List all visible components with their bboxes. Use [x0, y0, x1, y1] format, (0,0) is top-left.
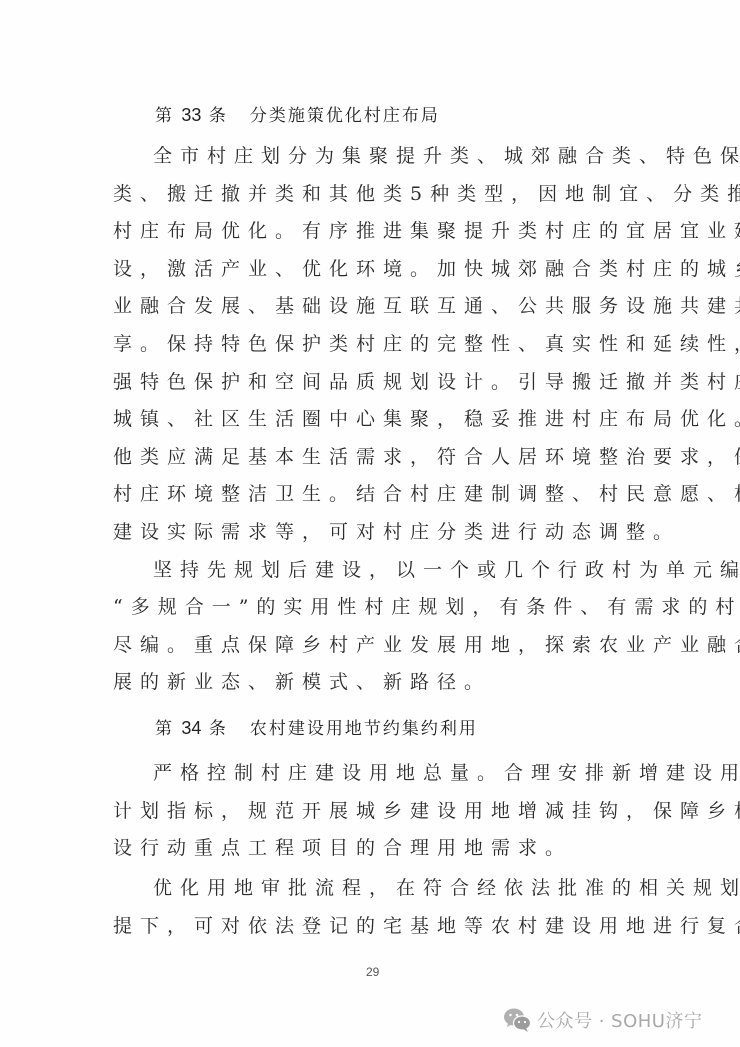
text-line: 类、搬迁撤并类和其他类5种类型，因地制宜、分类推进: [113, 176, 629, 214]
article-number: 33: [181, 105, 201, 125]
text-line: 严格控制村庄建设用地总量。合理安排新增建设用地: [113, 755, 629, 793]
watermark-text: 公众号 · SOHU济宁: [537, 1007, 702, 1033]
text-line: 优化用地审批流程，在符合经依法批准的相关规划前: [113, 870, 629, 908]
text-line: 村庄布局优化。有序推进集聚提升类村庄的宜居宜业建: [113, 213, 629, 251]
article-34-paragraph-2: 优化用地审批流程，在符合经依法批准的相关规划前 提下，可对依法登记的宅基地等农村…: [113, 870, 629, 945]
heading-suffix: 条: [209, 719, 228, 739]
text-line: “多规合一”的实用性村庄规划，有条件、有需求的村庄应编: [113, 589, 629, 627]
text-line: 强特色保护和空间品质规划设计。引导搬迁撤并类村庄向: [113, 364, 629, 402]
watermark: 公众号 · SOHU济宁: [503, 1006, 702, 1034]
article-33-paragraph-1: 全市村庄划分为集聚提升类、城郊融合类、特色保护 类、搬迁撤并类和其他类5种类型，…: [113, 138, 629, 552]
document-page: 第 33 条分类施策优化村庄布局 全市村庄划分为集聚提升类、城郊融合类、特色保护…: [0, 0, 740, 1047]
article-33-paragraph-2: 坚持先规划后建设，以一个或几个行政村为单元编制 “多规合一”的实用性村庄规划，有…: [113, 552, 629, 702]
text-line: 享。保持特色保护类村庄的完整性、真实性和延续性，增: [113, 326, 629, 364]
heading-prefix: 第: [155, 106, 174, 126]
page-number: 29: [366, 965, 379, 979]
article-34-paragraph-1: 严格控制村庄建设用地总量。合理安排新增建设用地 计划指标，规范开展城乡建设用地增…: [113, 755, 629, 868]
text-line: 村庄环境整洁卫生。结合村庄建制调整、村民意愿、村庄: [113, 476, 629, 514]
text-line: 业融合发展、基础设施互联互通、公共服务设施共建共: [113, 288, 629, 326]
article-34-heading: 第 34 条农村建设用地节约集约利用: [155, 716, 478, 741]
wechat-icon: [503, 1007, 531, 1033]
heading-prefix: 第: [155, 719, 174, 739]
text-line: 展的新业态、新模式、新路径。: [113, 664, 629, 702]
article-title: 农村建设用地节约集约利用: [250, 719, 478, 739]
text-line: 全市村庄划分为集聚提升类、城郊融合类、特色保护: [113, 138, 629, 176]
text-line: 设，激活产业、优化环境。加快城郊融合类村庄的城乡产: [113, 251, 629, 289]
text-line: 计划指标，规范开展城乡建设用地增减挂钩，保障乡村建: [113, 793, 629, 831]
heading-suffix: 条: [209, 106, 228, 126]
article-number: 34: [181, 718, 201, 738]
text-line: 他类应满足基本生活需求，符合人居环境整治要求，保持: [113, 439, 629, 477]
article-33-heading: 第 33 条分类施策优化村庄布局: [155, 103, 440, 128]
text-line: 尽编。重点保障乡村产业发展用地，探索农业产业融合发: [113, 627, 629, 665]
text-line: 城镇、社区生活圈中心集聚，稳妥推进村庄布局优化。其: [113, 401, 629, 439]
text-line: 提下，可对依法登记的宅基地等农村建设用地进行复合利: [113, 908, 629, 946]
text-line: 建设实际需求等，可对村庄分类进行动态调整。: [113, 514, 629, 552]
text-line: 设行动重点工程项目的合理用地需求。: [113, 830, 629, 868]
article-title: 分类施策优化村庄布局: [250, 106, 440, 126]
text-line: 坚持先规划后建设，以一个或几个行政村为单元编制: [113, 552, 629, 590]
